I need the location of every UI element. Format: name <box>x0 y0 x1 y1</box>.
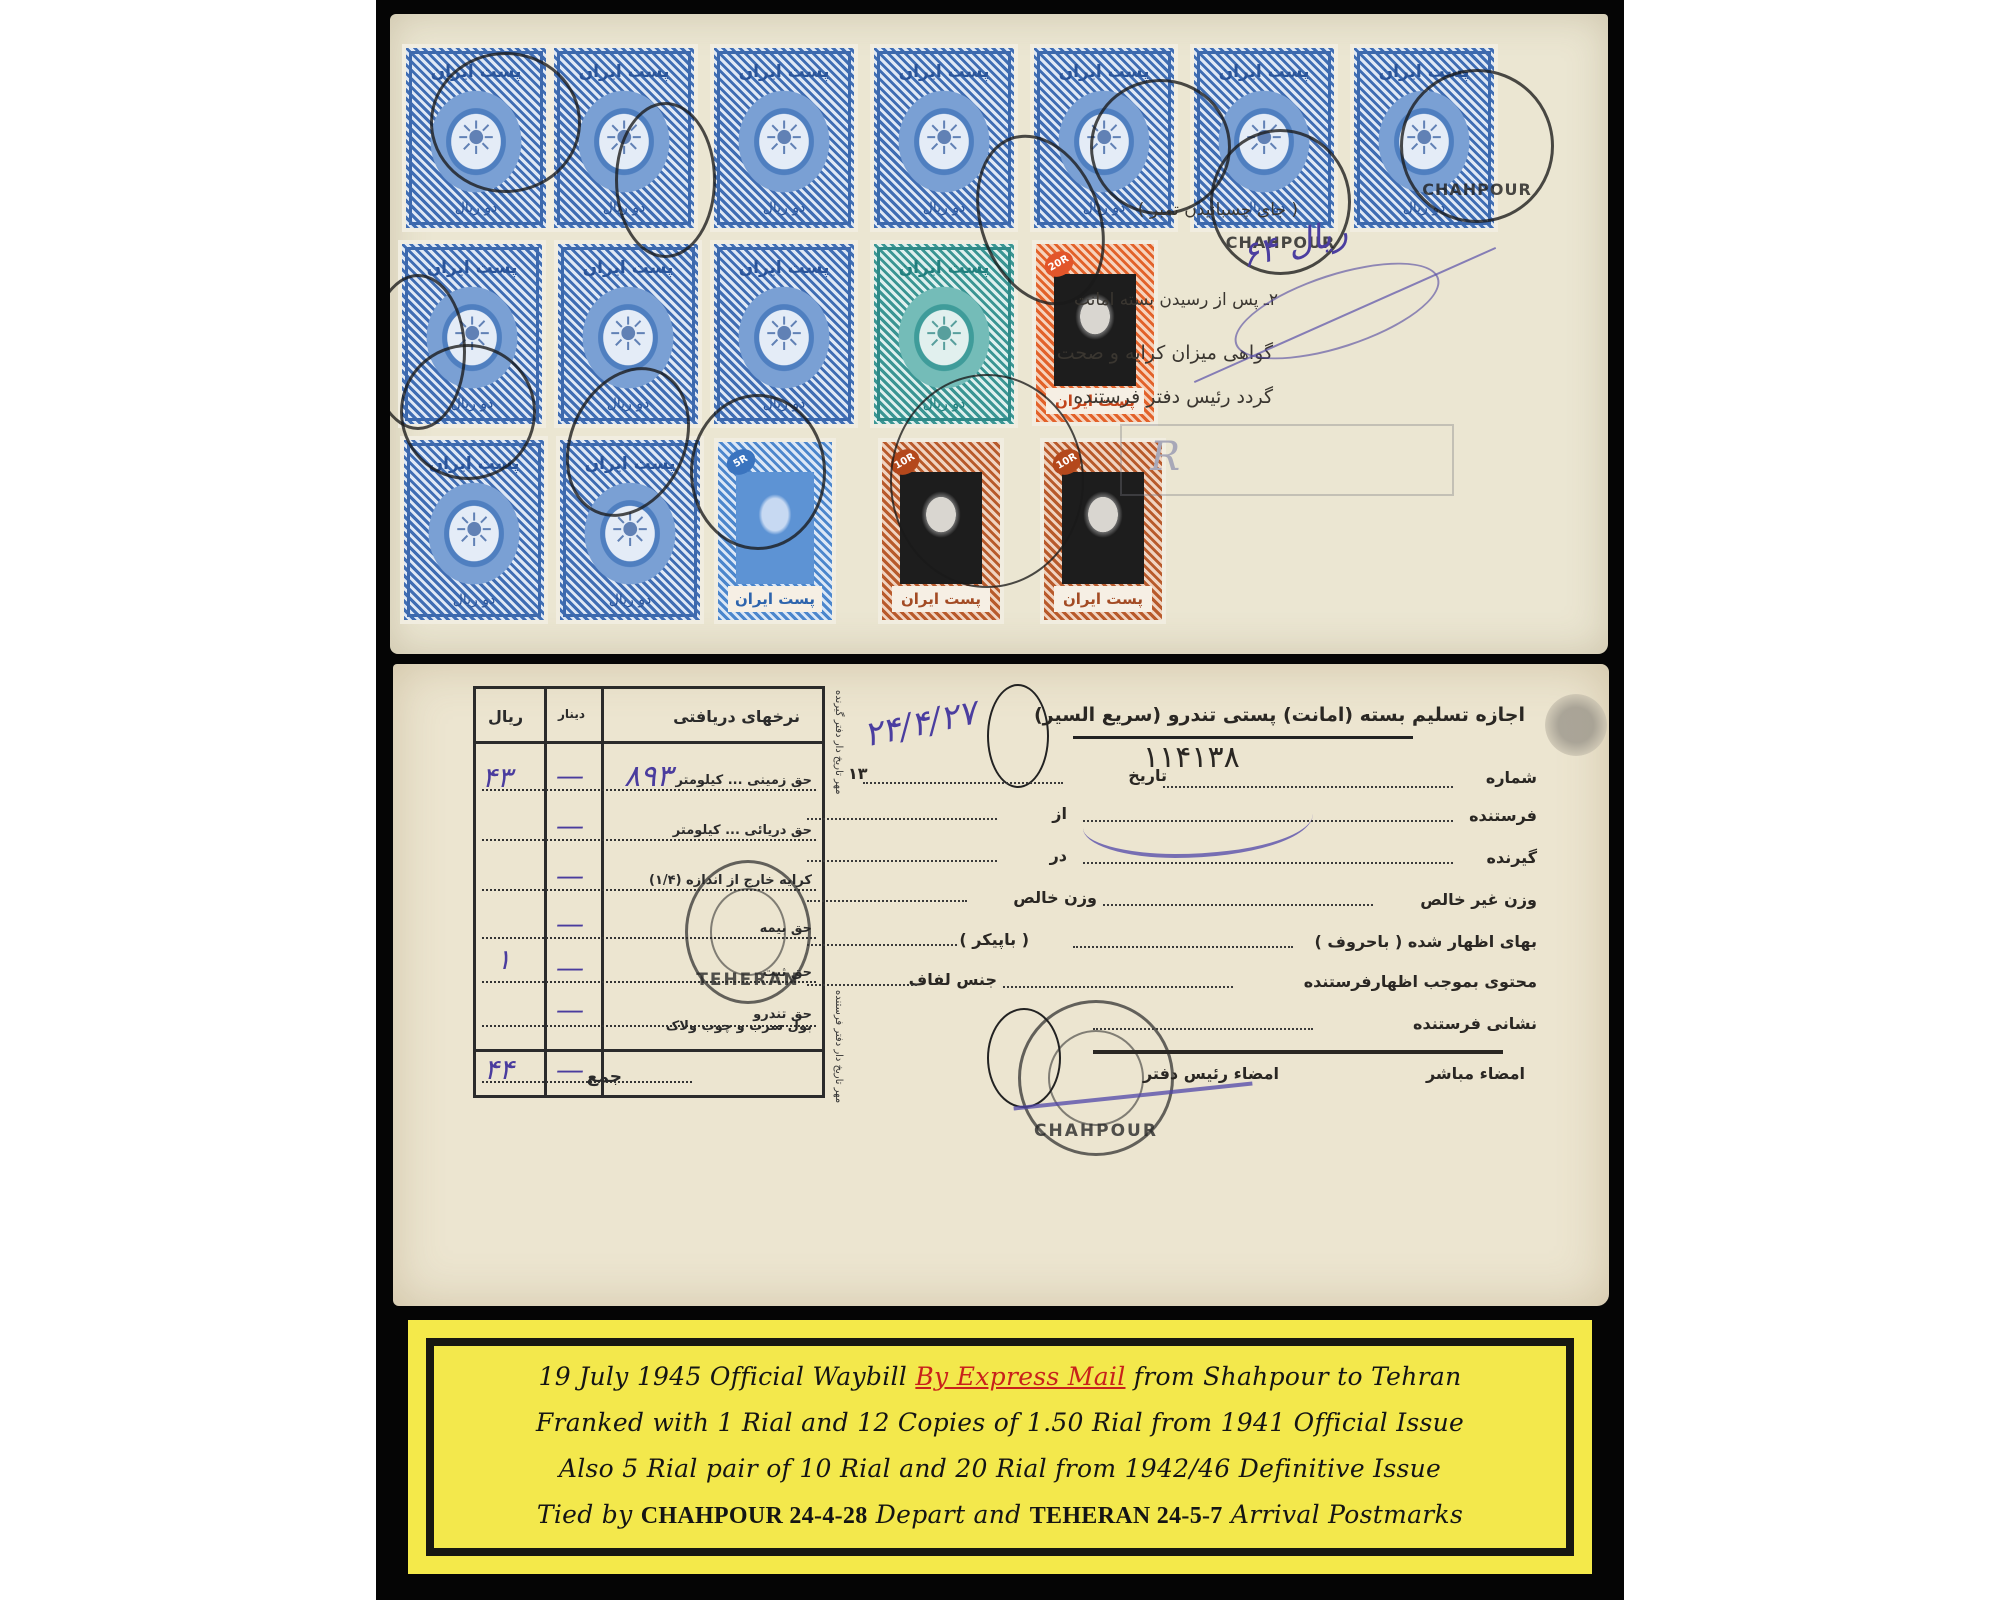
caption-text: Depart and <box>868 1500 1030 1529</box>
waybill-title: اجازه تسلیم بسته (امانت) پستی تندرو (سری… <box>1034 704 1525 726</box>
lion-and-sun-emblem-icon: ☀ <box>607 307 648 361</box>
fee-dinar: — <box>556 759 584 792</box>
from-line <box>807 818 997 820</box>
postmark-text: TEHERAN <box>688 970 808 990</box>
stamp-value: دو ریال <box>714 396 854 412</box>
caption-text: 19 July 1945 Official Waybill <box>539 1362 916 1391</box>
col-rial: ریال <box>488 707 523 726</box>
official-stamp: پست ایران☀دو ریال <box>402 44 550 232</box>
lion-and-sun-emblem-icon: ☀ <box>1403 111 1444 165</box>
stamp-value: دو ریال <box>560 592 700 608</box>
lion-and-sun-emblem-icon: ☀ <box>603 111 644 165</box>
stamp-inscription: پست ایران <box>714 62 854 82</box>
ink-stroke <box>1194 247 1496 383</box>
caption-text: Tied by <box>537 1500 641 1529</box>
caption-line-4: Tied by CHAHPOUR 24-4-28 Depart and TEHE… <box>434 1500 1566 1530</box>
office-head-signature-label: امضاء رئیس دفتر <box>1143 1064 1279 1083</box>
office-seal-icon <box>1545 694 1607 756</box>
caption-box: 19 July 1945 Official Waybill By Express… <box>434 1346 1566 1548</box>
declared-value-figures-label: ( باپیکر ) <box>959 930 1029 949</box>
fee-dinar: — <box>556 951 584 984</box>
lion-and-sun-emblem-icon: ☀ <box>1243 111 1284 165</box>
at-label: در <box>1050 846 1067 865</box>
stamp-value: دو ریال <box>406 200 546 216</box>
official-stamp: پست ایران☀دو ریال <box>550 44 698 232</box>
stamp-inscription: پست ایران <box>874 62 1014 82</box>
fee-rial-amount: ۴۳ <box>482 761 512 794</box>
official-stamp: پست ایران☀دو ریال <box>1350 44 1498 232</box>
fees-header: نرخهای دریافتی <box>673 707 800 726</box>
official-stamp: پست ایران☀دو ریال <box>554 240 702 428</box>
distance-km: ۸۹۳ <box>624 759 672 794</box>
sender-address-line <box>1093 1028 1313 1030</box>
lion-and-sun-emblem-icon: ☀ <box>763 111 804 165</box>
from-label: از <box>1052 804 1067 823</box>
fee-dinar: — <box>556 859 584 892</box>
col-dinar: دینار <box>558 707 585 721</box>
stamp-inscription: پست ایران <box>714 258 854 278</box>
date-label: تاریخ <box>1128 766 1167 785</box>
lion-and-sun-emblem-icon: ☀ <box>923 111 964 165</box>
title-underline <box>1073 736 1413 739</box>
contents-line <box>1003 986 1233 988</box>
total-label: جمع <box>587 1067 622 1087</box>
fee-dinar: — <box>556 809 584 842</box>
recipient-label: گیرنده <box>1487 848 1537 867</box>
teheran-postmark: TEHERAN <box>685 860 811 1004</box>
lion-and-sun-emblem-icon: ☀ <box>453 503 494 557</box>
total-dinar: — <box>556 1053 584 1086</box>
gross-weight-label: وزن غیر خالص <box>1420 890 1537 909</box>
caption-line-2: Franked with 1 Rial and 12 Copies of 1.5… <box>434 1408 1566 1437</box>
sending-office-stamp-note: مهر تاریخ دار دفتر فرستنده <box>833 990 844 1120</box>
cover-front: پست ایران☀دو ریال پست ایران☀دو ریال پست … <box>390 14 1608 654</box>
caption-line-1: 19 July 1945 Official Waybill By Express… <box>434 1362 1566 1391</box>
stamp-inscription: پست ایران <box>1194 62 1334 82</box>
contents-label: محتوی بموجب اظهارفرستنده <box>1304 972 1537 991</box>
at-line <box>807 860 997 862</box>
express-mail-highlight: By Express Mail <box>915 1362 1125 1391</box>
sender-label: فرستنده <box>1469 806 1537 825</box>
official-stamp: پست ایران☀دو ریال <box>556 436 704 624</box>
fee-dinar: — <box>556 993 584 1026</box>
stamp-inscription: پست ایران <box>892 586 990 612</box>
registration-mark: R <box>1150 434 1180 480</box>
date-stamp-circle <box>987 1008 1061 1108</box>
stamp-inscription: پست ایران <box>1034 62 1174 82</box>
fee-row-label: حق زمینی ... کیلومتر <box>675 773 812 788</box>
stamp-inscription: پست ایران <box>402 258 542 278</box>
stamp-value: دو ریال <box>714 200 854 216</box>
stamp-value: دو ریال <box>558 396 698 412</box>
official-stamp: پست ایران☀دو ریال <box>398 240 546 428</box>
lion-and-sun-emblem-icon: ☀ <box>1083 111 1124 165</box>
shah-portrait-icon <box>900 472 982 584</box>
depart-postmark-text: CHAHPOUR 24-4-28 <box>641 1503 868 1529</box>
form-instruction-line: گردد رئیس دفتر فرستنده <box>1073 386 1273 408</box>
caption-text: from Shahpour to Tehran <box>1126 1362 1462 1391</box>
ink-signature <box>1083 784 1313 858</box>
fee-row-label-seal: بول سرب و چوب ولاک <box>666 1019 812 1034</box>
fee-rial-amount: ۱ <box>496 943 511 976</box>
caption-line-3: Also 5 Rial pair of 10 Rial and 20 Rial … <box>434 1454 1566 1483</box>
stamp-value: دو ریال <box>874 396 1014 412</box>
official-stamp: پست ایران☀دو ریال <box>400 436 548 624</box>
lion-and-sun-emblem-icon: ☀ <box>763 307 804 361</box>
stamp-inscription: پست ایران <box>560 454 700 474</box>
lion-and-sun-emblem-icon: ☀ <box>451 307 492 361</box>
net-weight-label: وزن خالص <box>1013 888 1097 907</box>
official-stamp: پست ایران☀دو ریال <box>870 44 1018 232</box>
net-weight-line <box>807 900 967 902</box>
stamp-inscription: پست ایران <box>404 454 544 474</box>
declared-value-label: بهای اظهار شده ( باحروف ) <box>1314 932 1537 951</box>
date-prefix: ۱۳ <box>848 764 868 783</box>
signature-divider <box>1093 1050 1503 1054</box>
declared-value-line <box>1073 946 1293 948</box>
stamp-inscription: پست ایران <box>728 586 822 612</box>
clerk-signature-label: امضاء مباشر <box>1426 1064 1525 1083</box>
total-rial: ۴۴ <box>484 1053 514 1086</box>
official-stamp: پست ایران☀دو ریال <box>710 240 858 428</box>
form-instruction-2: ۲ـ پس از رسیدن بسته امانت <box>1074 290 1278 310</box>
stamp-placement-text: ( جای چسبانیدن تمبر ) <box>1138 200 1298 220</box>
stamp-value: دو ریال <box>874 200 1014 216</box>
stamp-inscription: پست ایران <box>558 258 698 278</box>
stamp-inscription: پست ایران <box>1054 586 1152 612</box>
official-stamp: پست ایران☀دو ریال <box>710 44 858 232</box>
stamp-value: دو ریال <box>402 396 542 412</box>
lion-and-sun-emblem-icon: ☀ <box>923 307 964 361</box>
lion-and-sun-emblem-icon: ☀ <box>609 503 650 557</box>
fee-dinar: — <box>556 907 584 940</box>
shah-portrait-icon <box>736 472 814 584</box>
stamp-inscription: پست ایران <box>554 62 694 82</box>
gross-weight-line <box>1103 904 1373 906</box>
stamp-inscription: پست ایران <box>406 62 546 82</box>
portrait-stamp-5r: 5Rپست ایران <box>714 438 836 624</box>
recipient-line <box>1083 862 1453 864</box>
portrait-stamp-10r: 10Rپست ایران <box>878 438 1004 624</box>
wrapping-line <box>807 984 917 986</box>
stamp-value: دو ریال <box>1354 200 1494 216</box>
stamp-value: دو ریال <box>404 592 544 608</box>
stamp-inscription: پست ایران <box>1354 62 1494 82</box>
date-line <box>863 782 1063 784</box>
wrapping-label: جنس لفاف <box>909 970 997 989</box>
postmark-text: CHAHPOUR <box>1021 1121 1171 1141</box>
fee-row-label: حق دریائی ... کیلومتر <box>673 823 812 838</box>
lion-and-sun-emblem-icon: ☀ <box>455 111 496 165</box>
waybill-form: نرخهای دریافتی دینار ریال حق زمینی ... ک… <box>393 664 1609 1306</box>
stamp-inscription: پست ایران <box>874 258 1014 278</box>
handwritten-date: ۲۴/۴/۲۷ <box>860 693 980 756</box>
date-stamp-circle <box>987 684 1049 788</box>
sender-address-label: نشانی فرستنده <box>1413 1014 1537 1033</box>
arrival-postmark-text: TEHERAN 24-5-7 <box>1030 1503 1223 1529</box>
stamp-value: دو ریال <box>554 200 694 216</box>
declared-value-figures-line <box>807 944 957 946</box>
number-label: شماره <box>1486 768 1537 787</box>
receiving-office-stamp-note: مهر تاریخ دار دفتر گیرنده <box>833 690 844 820</box>
caption-text: Arrival Postmarks <box>1223 1500 1464 1529</box>
official-stamp-teal: پست ایران☀دو ریال <box>870 240 1018 428</box>
